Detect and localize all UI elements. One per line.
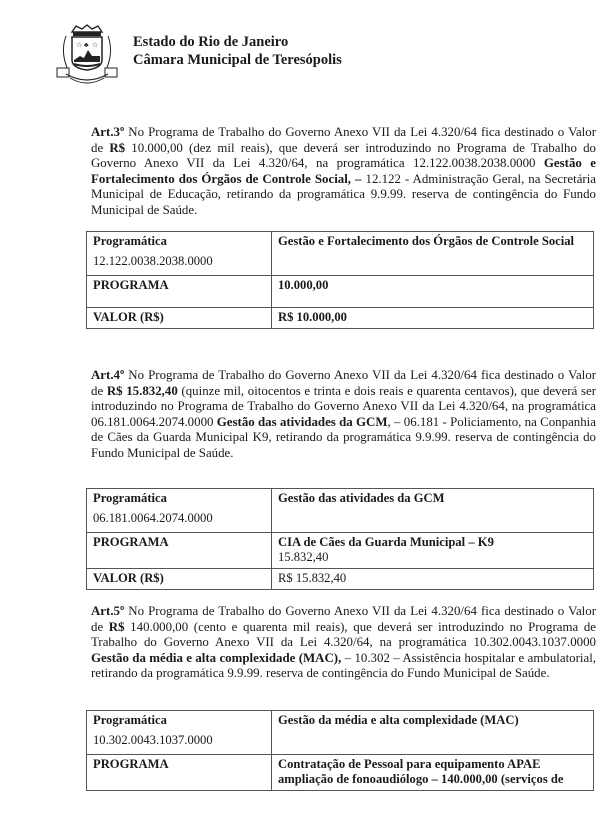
programatica-desc: Gestão da média e alta complexidade (MAC… [272,711,594,755]
svg-text:☆: ☆ [92,41,98,49]
article-3: Art.3º No Programa de Trabalho do Govern… [91,125,596,219]
programa-label: PROGRAMA [87,533,272,569]
programatica-label: Programática [93,234,167,248]
article-4: Art.4º No Programa de Trabalho do Govern… [91,368,596,462]
programatica-desc: Gestão das atividades da GCM [272,489,594,533]
valor-value: R$ 10.000,00 [272,308,594,329]
article-5: Art.5º No Programa de Trabalho do Govern… [91,604,596,682]
allocation-table-art5: Programática10.302.0043.1037.0000 Gestão… [86,710,594,791]
article-title: Gestão das atividades da GCM [217,415,388,429]
svg-text:☆: ☆ [76,41,82,49]
article-value: R$ 15.832,40 [107,384,178,398]
allocation-table-art4: Programática06.181.0064.2074.0000 Gestão… [86,488,594,590]
programa-value: 10.000,00 [272,276,594,308]
programa-amount: 15.832,40 [278,550,587,565]
programatica-code: 06.181.0064.2074.0000 [93,511,265,526]
article-text: 10.000,00 (dez mil reais), que deverá se… [91,141,596,171]
programatica-label: Programática [93,713,167,727]
programatica-code: 10.302.0043.1037.0000 [93,733,265,748]
programa-desc-line1: Contratação de Pessoal para equipamento … [278,757,587,772]
programatica-label: Programática [93,491,167,505]
valor-value: R$ 15.832,40 [272,569,594,590]
valor-label: VALOR (R$) [87,569,272,590]
header-chamber: Câmara Municipal de Teresópolis [133,51,342,69]
article-title: Gestão da média e alta complexidade (MAC… [91,651,341,665]
article-label: Art.5º [91,604,124,618]
article-label: Art.3º [91,125,124,139]
article-value: R$ [109,620,125,634]
svg-text:♣: ♣ [84,41,89,49]
programa-desc-line2: ampliação de fonoaudiólogo – 140.000,00 … [278,772,587,787]
article-label: Art.4º [91,368,124,382]
programa-label: PROGRAMA [87,276,272,308]
programa-label: PROGRAMA [87,755,272,791]
programa-value: CIA de Cães da Guarda Municipal – K915.8… [272,533,594,569]
article-value: R$ [109,141,125,155]
programatica-desc: Gestão e Fortalecimento dos Órgãos de Co… [272,232,594,276]
coat-of-arms-icon: ☆ ♣ ☆ [52,20,122,90]
allocation-table-art3: Programática12.122.0038.2038.0000 Gestão… [86,231,594,329]
programa-value: Contratação de Pessoal para equipamento … [272,755,594,791]
document-header: Estado do Rio de Janeiro Câmara Municipa… [133,33,342,69]
header-state: Estado do Rio de Janeiro [133,33,342,51]
article-text: 140.000,00 (cento e quarenta mil reais),… [91,620,596,650]
valor-label: VALOR (R$) [87,308,272,329]
programa-desc: CIA de Cães da Guarda Municipal – K9 [278,535,587,550]
programatica-code: 12.122.0038.2038.0000 [93,254,265,269]
